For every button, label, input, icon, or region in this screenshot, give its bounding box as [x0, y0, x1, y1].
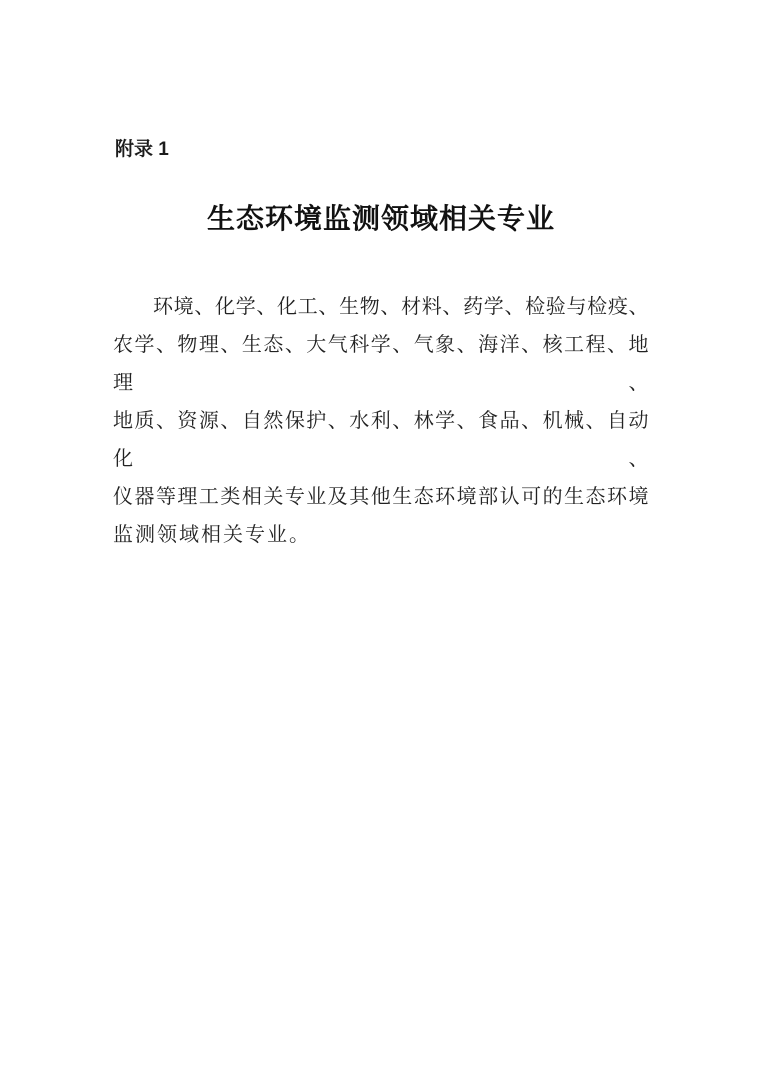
paragraph-line-3: 地质、资源、自然保护、水利、林学、食品、机械、自动化、	[113, 402, 649, 478]
paragraph-line-1: 环境、化学、化工、生物、材料、药学、检验与检疫、	[113, 288, 649, 326]
document-title: 生态环境监测领域相关专业	[113, 200, 649, 240]
body-paragraph: 环境、化学、化工、生物、材料、药学、检验与检疫、 农学、物理、生态、大气科学、气…	[113, 288, 649, 554]
paragraph-line-2: 农学、物理、生态、大气科学、气象、海洋、核工程、地理、	[113, 326, 649, 402]
appendix-label: 附录 1	[115, 138, 169, 162]
paragraph-line-5: 监测领域相关专业。	[113, 516, 649, 554]
document-page: 附录 1 生态环境监测领域相关专业 环境、化学、化工、生物、材料、药学、检验与检…	[0, 0, 762, 1078]
paragraph-line-4: 仪器等理工类相关专业及其他生态环境部认可的生态环境	[113, 478, 649, 516]
